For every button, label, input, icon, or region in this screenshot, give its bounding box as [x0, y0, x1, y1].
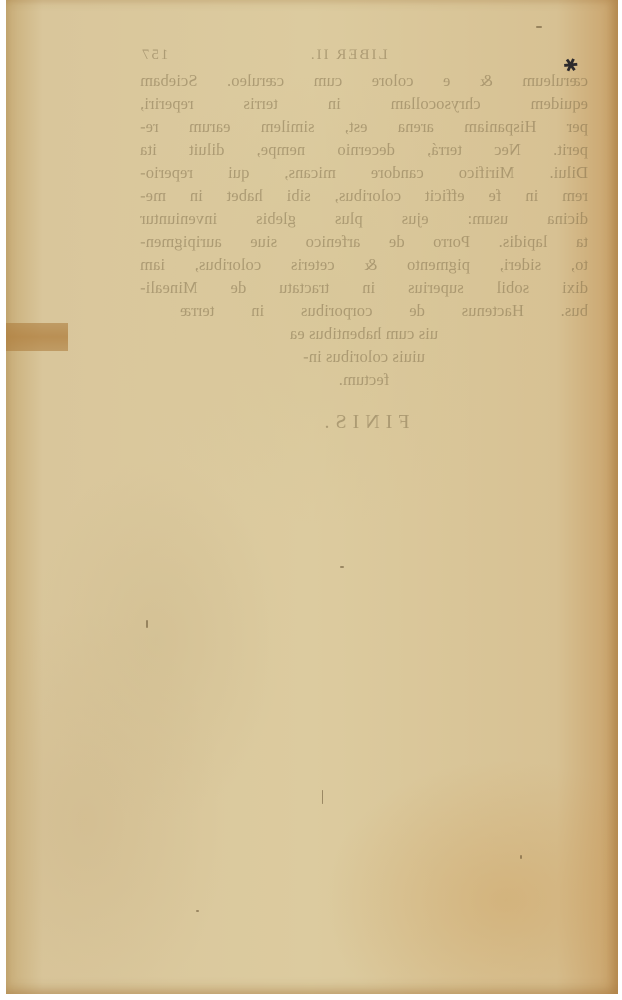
paper-speck — [520, 855, 522, 859]
text-line: rem in fe efficit coloribus, sibi habet … — [140, 184, 588, 207]
paper-speck — [536, 26, 542, 28]
page-number: 157 — [140, 44, 169, 67]
finis-end-mark: FINIS. — [140, 411, 588, 434]
text-line: Dilui. Mirifico candore micans, qui repe… — [140, 161, 588, 184]
closing-line: bus. Hactenus de corporibus in terræ — [140, 299, 588, 322]
paper-tab-stain — [6, 323, 68, 351]
text-line: equidem chrysocollam in terris reperiri, — [140, 92, 588, 115]
closing-line: uiuis coloribus in- — [140, 345, 588, 368]
text-line: dicina usum: ejus plus glebis inveniuntu… — [140, 207, 588, 230]
paper-speck — [322, 790, 323, 804]
running-head: LIBER II. 157 — [140, 44, 588, 67]
closing-line: fectum. — [140, 368, 588, 391]
closing-line: uis cum habentibus ea — [140, 322, 588, 345]
paper-speck — [340, 566, 344, 568]
running-head-title: LIBER II. — [169, 44, 589, 67]
text-line: per Hispaniam arena est, similem earum r… — [140, 115, 588, 138]
text-line: perit. Nec terrá, decernio nempe, diluit… — [140, 138, 588, 161]
mirrored-show-through-text: LIBER II. 157 cæruleum & e colore cum cæ… — [140, 44, 588, 434]
text-line: dixi sobil superius in tractatu de Minea… — [140, 276, 588, 299]
paper-speck — [146, 620, 148, 628]
text-line: cæruleum & e colore cum cæruleo. Sciebam — [140, 69, 588, 92]
paper-speck — [196, 910, 199, 912]
text-line: to, sideri, pigmento & ceteris coloribus… — [140, 253, 588, 276]
text-line: ta lapidis. Porro de arfenico siue aurip… — [140, 230, 588, 253]
